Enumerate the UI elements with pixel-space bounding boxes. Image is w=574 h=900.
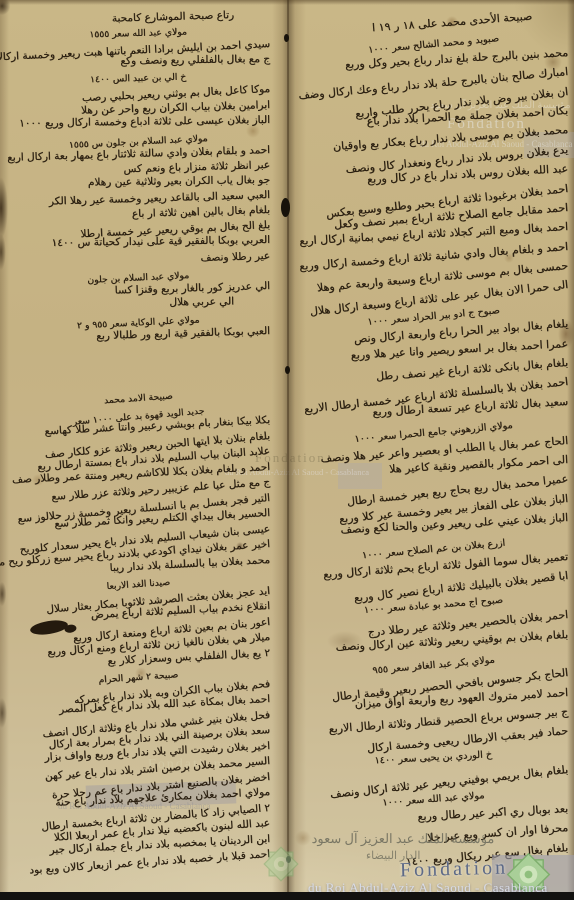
manuscript-right-page: صبيحة الأحدى محمد على ١٨ ر ١٩ اصبويد و م… (298, 4, 568, 857)
manuscript-scan: مؤسسة الملك عبد العزيز آل سعود Fondation… (0, 0, 574, 900)
left-page-section-1: رتاع صبحة الموشارع كامحبةمولاي عبد الله … (6, 7, 270, 339)
manuscript-left-page: رتاع صبحة الموشارع كامحبةمولاي عبد الله … (6, 7, 270, 863)
manuscript-line: الي عربي هلال (6, 294, 270, 313)
binding-hole (281, 198, 290, 217)
manuscript-line: الباز بغلان عيسى على ثلاثة ادباع وخمسة ا… (6, 113, 270, 132)
binding-hole (285, 366, 290, 374)
binding-hole (284, 34, 289, 42)
scan-edge-bar (0, 892, 574, 900)
binding-hole (286, 856, 291, 863)
